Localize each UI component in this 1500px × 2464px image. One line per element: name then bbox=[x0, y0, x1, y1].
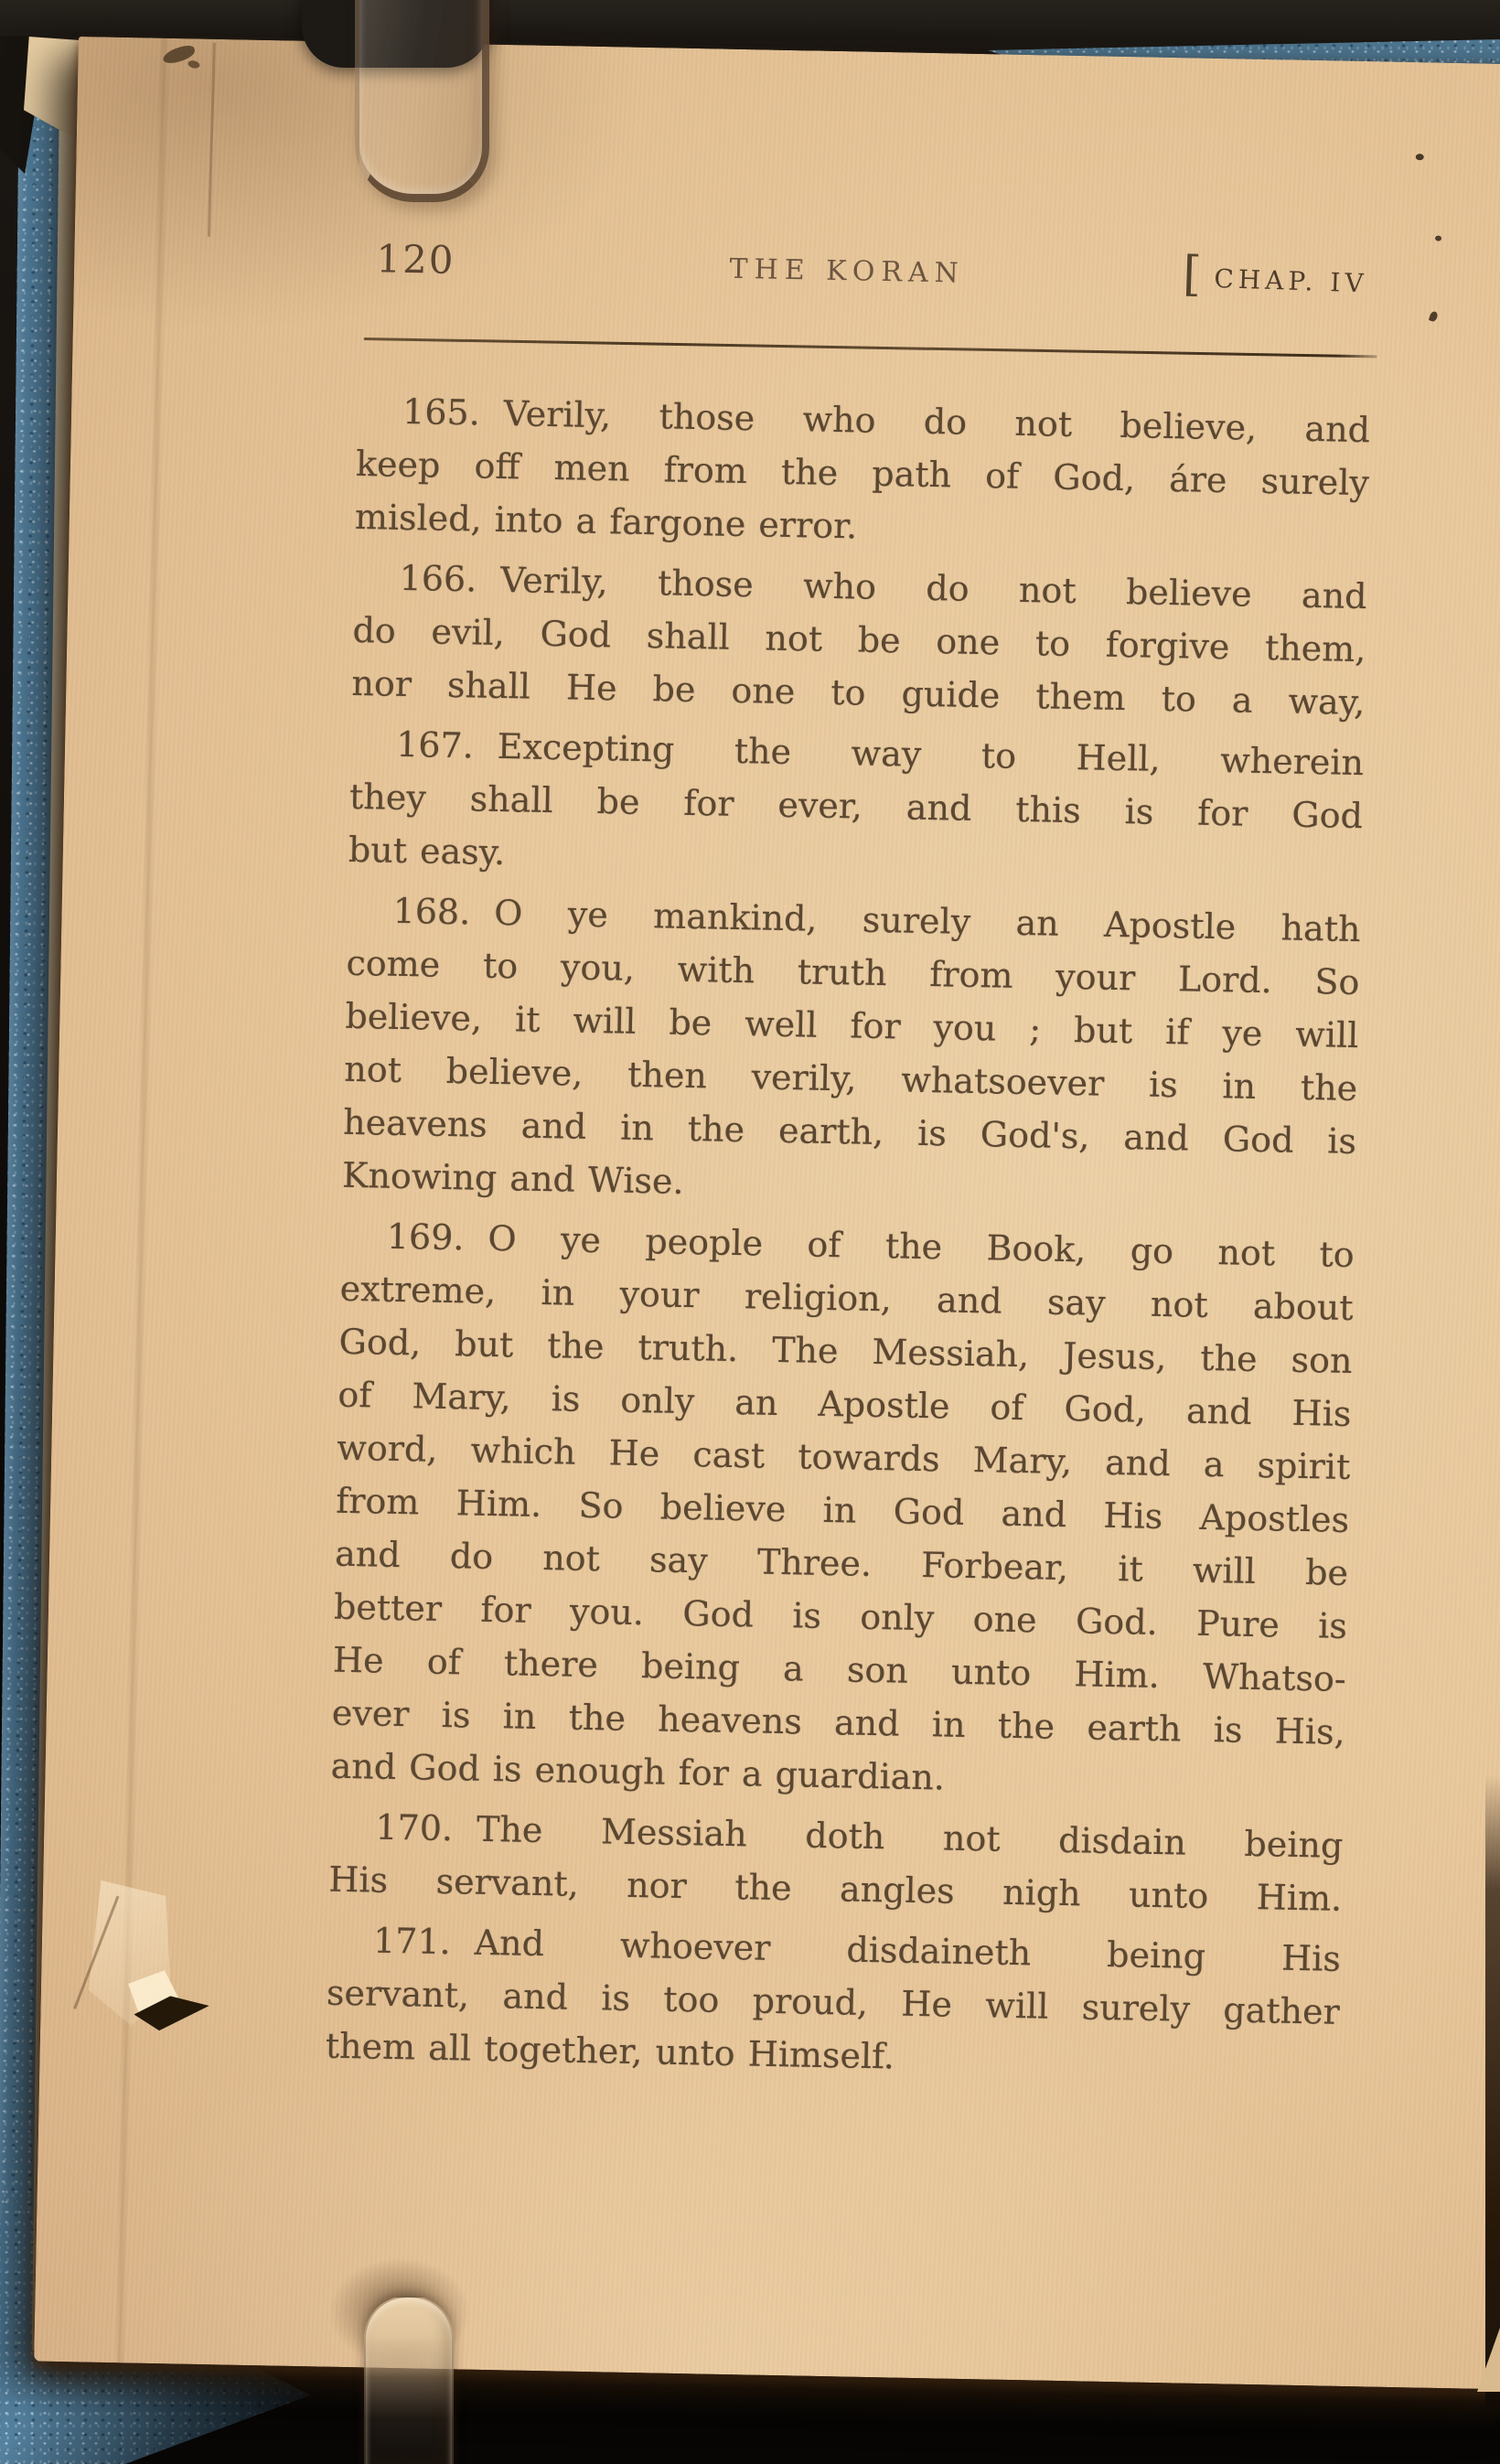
paper-speck bbox=[1429, 310, 1439, 322]
verse-number: 165. bbox=[402, 391, 504, 434]
page-crease-top bbox=[208, 43, 216, 237]
verse-number: 166. bbox=[399, 558, 500, 600]
verse: 167.Excepting the way to Hell, whereinth… bbox=[348, 717, 1364, 895]
chapter-text: CHAP. IV bbox=[1214, 266, 1368, 297]
verse: 165.Verily, those who do not believe, an… bbox=[354, 384, 1370, 562]
page-text: 165.Verily, those who do not believe, an… bbox=[325, 384, 1370, 2092]
header-rule bbox=[364, 337, 1377, 358]
verse: 168.O ye mankind, surely an Apostle hath… bbox=[342, 884, 1361, 1221]
paper-speck bbox=[1435, 236, 1441, 241]
book-clip-top bbox=[355, 0, 489, 202]
verse: 170.The Messiah doth not disdain beingHi… bbox=[328, 1800, 1344, 1925]
page-number: 120 bbox=[376, 240, 455, 280]
verse-number: 167. bbox=[396, 724, 498, 766]
verse-number: 169. bbox=[386, 1216, 487, 1259]
verse-number: 171. bbox=[373, 1921, 475, 1963]
verse-number: 168. bbox=[392, 891, 494, 933]
verse: 169.O ye people of the Book, go not toex… bbox=[330, 1209, 1355, 1812]
chapter-bracket: [ bbox=[1182, 251, 1202, 299]
ink-smudge bbox=[187, 59, 200, 70]
verse-number: 170. bbox=[375, 1807, 477, 1849]
running-title: THE KORAN bbox=[714, 255, 980, 288]
verse: 166.Verily, those who do not believe and… bbox=[351, 551, 1367, 729]
paper-speck bbox=[1416, 154, 1424, 160]
fore-edge-shadow-right bbox=[1485, 1774, 1500, 2415]
book-clip-bottom bbox=[364, 2296, 454, 2464]
book-page: 120 THE KORAN [ CHAP. IV 165.Verily, tho… bbox=[34, 37, 1500, 2389]
chapter-label: [ CHAP. IV bbox=[1182, 251, 1368, 305]
verse: 171.And whoever disdaineth being Hisserv… bbox=[325, 1913, 1341, 2092]
book-photo: 120 THE KORAN [ CHAP. IV 165.Verily, tho… bbox=[0, 0, 1500, 2464]
